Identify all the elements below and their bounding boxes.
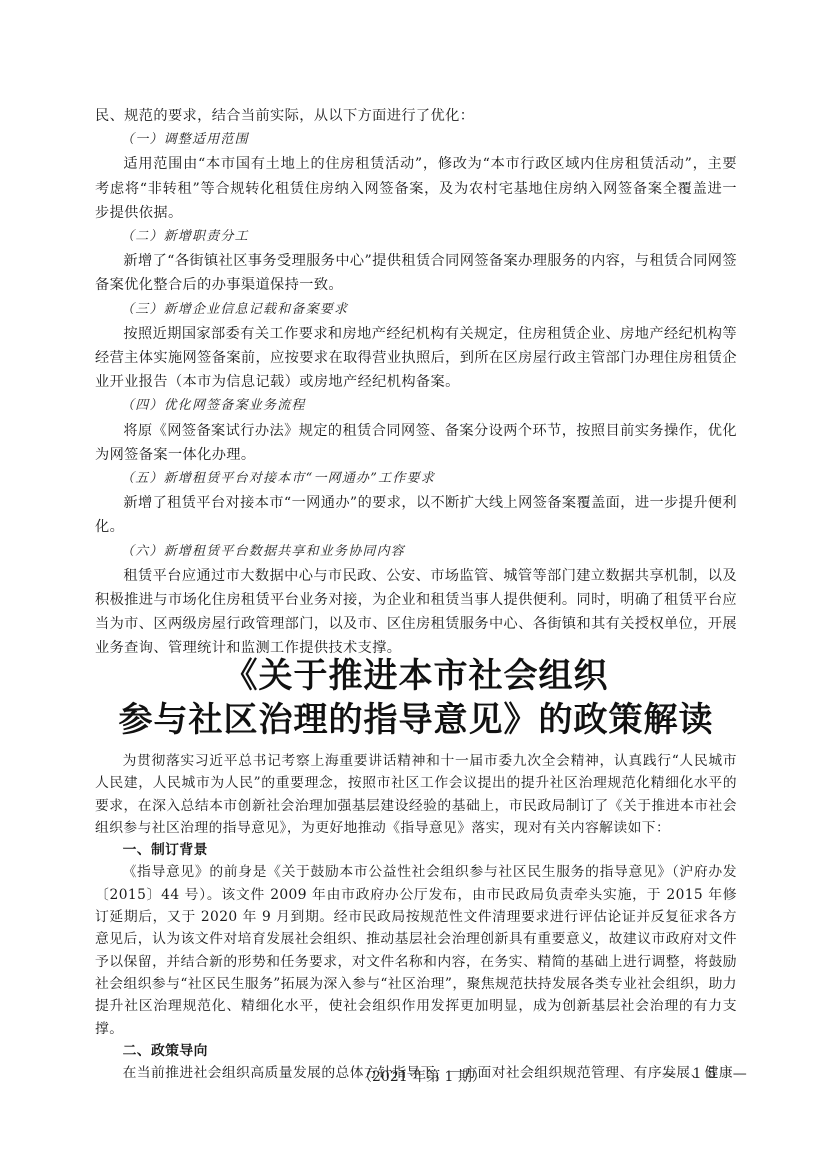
section-body-background: 《指导意见》的前身是《关于鼓励本市公益性社会组织参与社区民生服务的指导意见》（沪… xyxy=(95,861,737,1039)
subheading-2: （二）新增职责分工 xyxy=(95,225,737,249)
paragraph-3: 按照近期国家部委有关工作要求和房地产经纪机构有关规定，住房租赁企业、房地产经纪机… xyxy=(95,322,737,395)
paragraph-6: 租赁平台应通过市大数据中心与市民政、公安、市场监管、城管等部门建立数据共享机制，… xyxy=(95,564,737,661)
lead-paragraph: 民、规范的要求，结合当前实际，从以下方面进行了优化： xyxy=(95,104,737,128)
intro-paragraph: 为贯彻落实习近平总书记考察上海重要讲话精神和十一届市委九次全会精神，认真践行“人… xyxy=(95,750,737,839)
subheading-6: （六）新增租赁平台数据共享和业务协同内容 xyxy=(95,540,737,564)
section-continuation: 民、规范的要求，结合当前实际，从以下方面进行了优化： （一）调整适用范围 适用范… xyxy=(95,104,737,661)
section-heading-policy: 二、政策导向 xyxy=(95,1040,737,1062)
page-number: — 15 — xyxy=(662,1066,753,1082)
article-body: 为贯彻落实习近平总书记考察上海重要讲话精神和十一届市委九次全会精神，认真践行“人… xyxy=(95,750,737,1084)
issue-label: （2021 年第 1 期） xyxy=(358,1066,486,1086)
paragraph-1: 适用范围由“本市国有土地上的住房租赁活动”，修改为“本市行政区域内住房租赁活动”… xyxy=(95,152,737,225)
paragraph-5: 新增了租赁平台对接本市“一网通办”的要求，以不断扩大线上网签备案覆盖面，进一步提… xyxy=(95,491,737,539)
article-title: 《关于推进本市社会组织 参与社区治理的指导意见》的政策解读 xyxy=(95,654,737,742)
section-heading-background: 一、制订背景 xyxy=(95,839,737,861)
title-line-1: 《关于推进本市社会组织 xyxy=(95,654,737,698)
subheading-4: （四）优化网签备案业务流程 xyxy=(95,394,737,418)
paragraph-4: 将原《网签备案试行办法》规定的租赁合同网签、备案分设两个环节，按照目前实务操作，… xyxy=(95,419,737,467)
title-line-2: 参与社区治理的指导意见》的政策解读 xyxy=(95,698,737,742)
subheading-3: （三）新增企业信息记载和备案要求 xyxy=(95,298,737,322)
subheading-1: （一）调整适用范围 xyxy=(95,128,737,152)
paragraph-2: 新增了“各街镇社区事务受理服务中心”提供租赁合同网签备案办理服务的内容，与租赁合… xyxy=(95,249,737,297)
subheading-5: （五）新增租赁平台对接本市“一网通办”工作要求 xyxy=(95,467,737,491)
